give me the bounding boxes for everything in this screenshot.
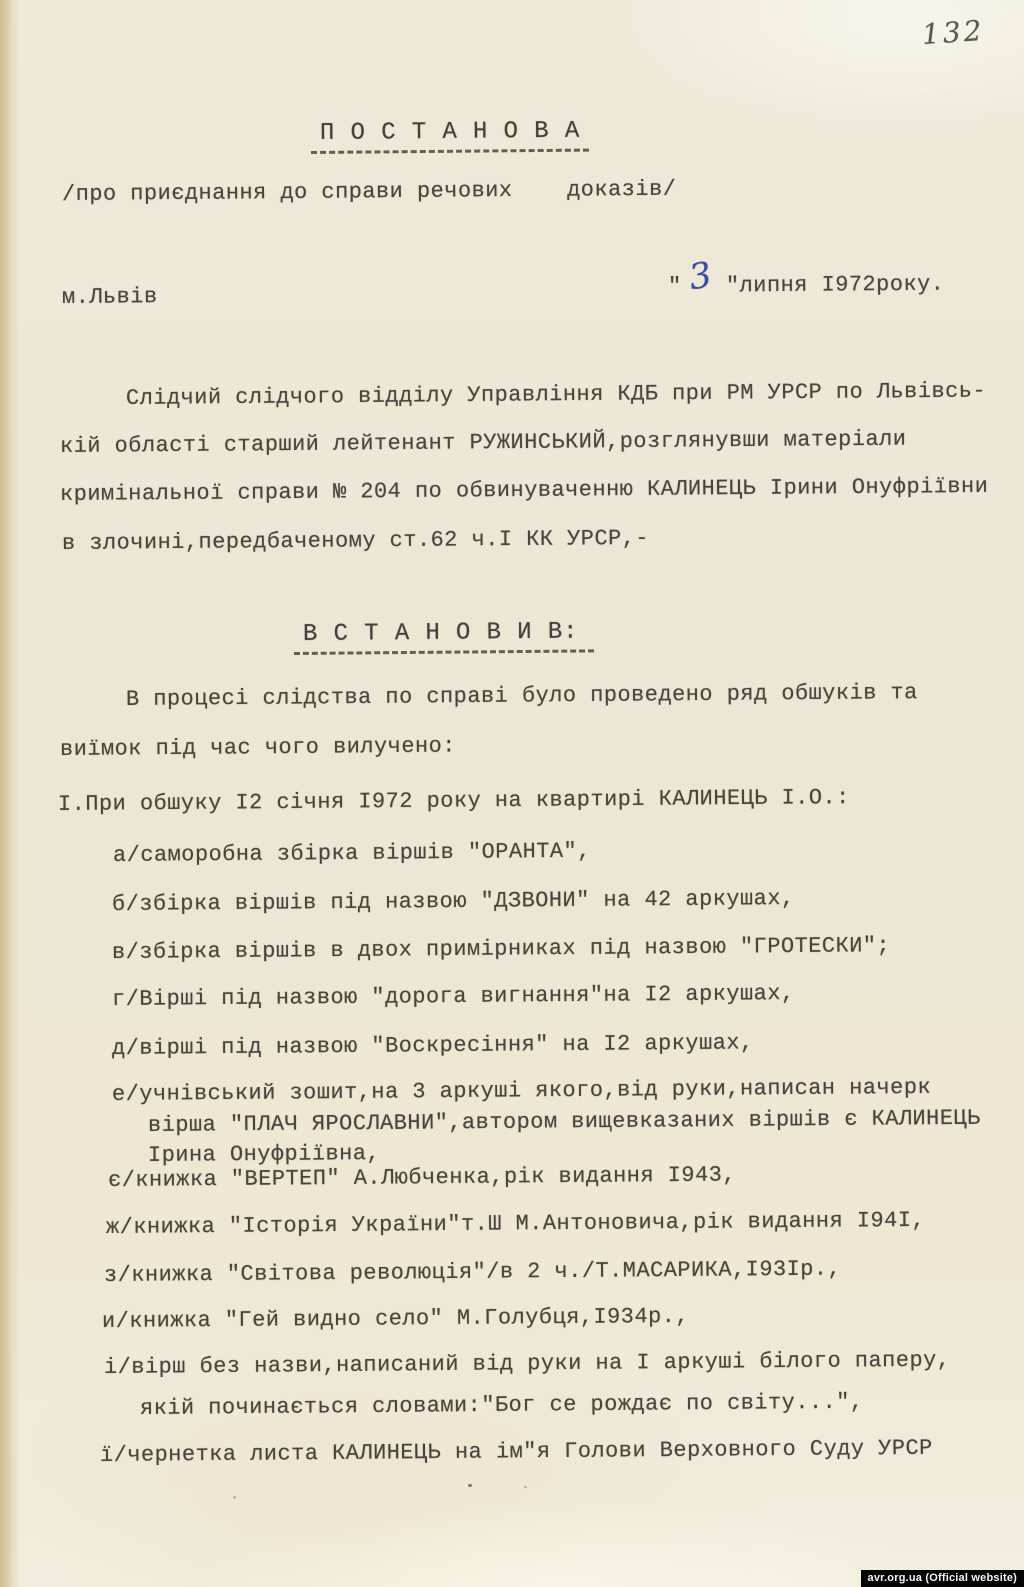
paper-speck [524,1486,527,1488]
intro-line: в злочині,передбаченому ст.62 ч.І КК УРС… [62,526,649,557]
source-watermark: avr.org.ua (Official website) [861,1570,1024,1587]
list-item: а/саморобна збірка віршів "ОРАНТА", [113,839,591,869]
document-title: П О С Т А Н О В А [320,119,580,147]
list-item: і/вірш без назви,написаний від руки на І… [104,1348,951,1381]
search-intro-line: І.При обшуку І2 січня І972 року на кварт… [58,785,850,818]
resolved-heading: В С Т А Н О В И В: [303,620,579,648]
list-item: е/учнівський зошит,на 3 аркуші якого,від… [112,1075,931,1108]
list-item-continuation: якій починається словами:"Бог се рождає … [140,1390,864,1422]
intro-line: Слідчий слідчого відділу Управління КДБ … [126,378,986,412]
list-item-continuation: вірша "ПЛАЧ ЯРОСЛАВНИ",автором вищевказа… [148,1106,981,1139]
date-close-quote: " [726,273,740,298]
document-subtitle: /про приєднання до справи речових доказі… [62,177,677,208]
intro-line: кій області старший лейтенант РУЖИНСЬКИЙ… [60,427,907,460]
resolved-heading-underline [294,649,594,655]
findings-line: В процесі слідства по справі було провед… [126,680,918,713]
list-item: и/книжка "Гей видно село" М.Голубця,І934… [102,1304,689,1335]
list-item: в/збірка віршів в двох примірниках під н… [112,933,890,966]
date-line: "3"липня І972року. [668,266,945,300]
handwritten-page-number: 132 [921,14,986,51]
findings-line: виїмок під час чого вилучено: [60,734,456,763]
date-open-quote: " [668,274,682,299]
list-item: є/книжка "ВЕРТЕП" А.Любченка,рік видання… [108,1163,736,1194]
list-item: б/збірка віршів під назвою "ДЗВОНИ" на 4… [112,886,795,918]
date-month-year: липня І972року. [740,272,945,299]
list-item-continuation: Ірина Онуфріївна, [148,1141,380,1169]
place-city: м.Львів [62,284,158,311]
list-item: ж/книжка "Історія України"т.Ш М.Антонови… [106,1208,925,1241]
list-item: ї/чернетка листа КАЛИНЕЦЬ на ім"я Голови… [100,1436,933,1469]
title-underline [311,149,589,154]
list-item: д/вірші під назвою "Воскресіння" на І2 а… [112,1030,754,1062]
intro-line: кримінальної справи № 204 по обвинувачен… [60,474,989,508]
paper-speck [233,1496,236,1499]
handwritten-day: 3 [687,262,713,291]
scanned-document-page: 132 П О С Т А Н О В А /про приєднання до… [0,0,1024,1587]
list-item: з/книжка "Світова революція"/в 2 ч./Т.МА… [104,1257,841,1289]
paper-speck [468,1484,472,1487]
list-item: г/Вірші під назвою "дорога вигнання"на І… [112,981,795,1013]
